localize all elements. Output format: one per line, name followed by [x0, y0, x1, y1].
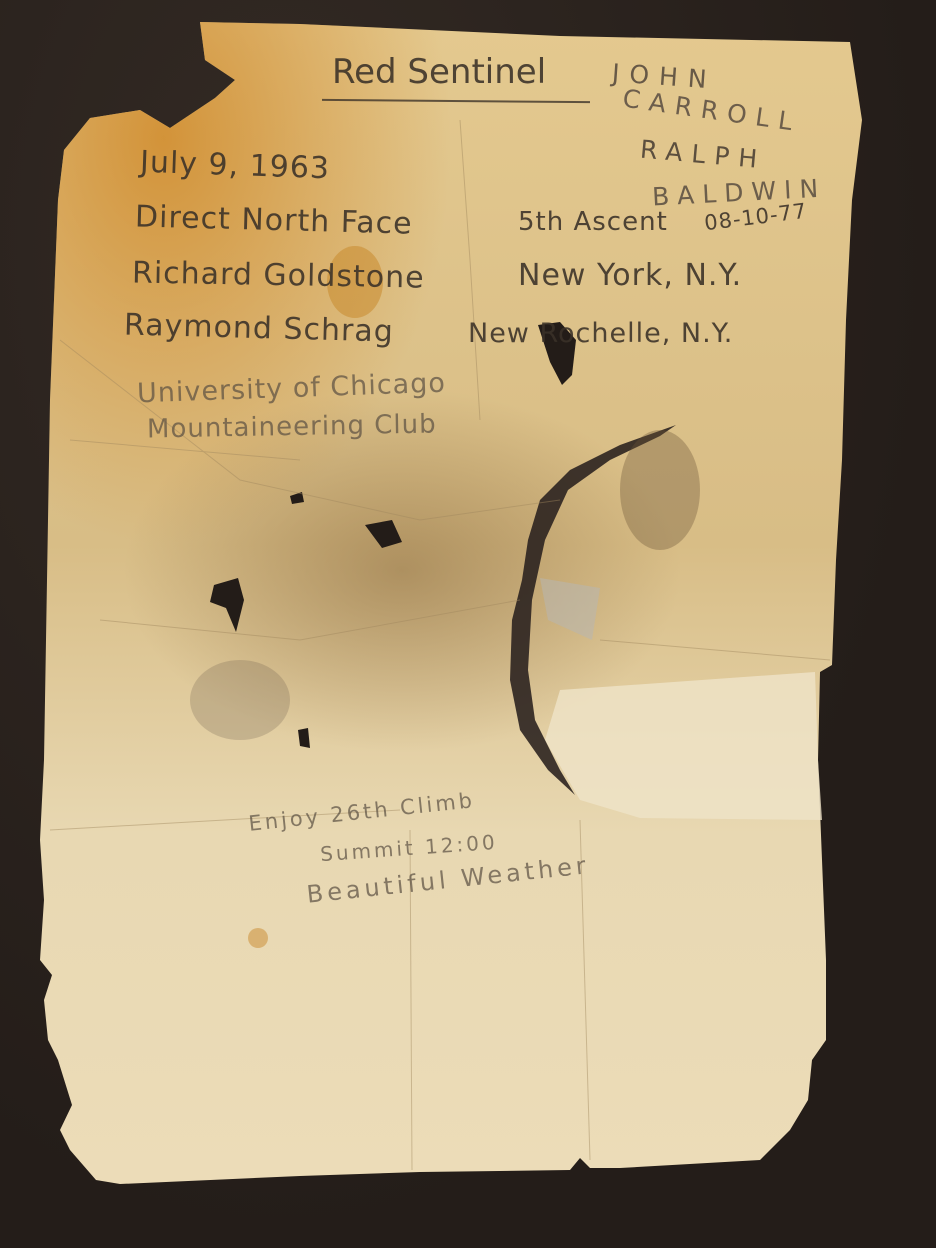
- note-title: Red Sentinel: [332, 52, 546, 92]
- register-note-paper: Red Sentinel JOHN CARROLL RALPH BALDWIN …: [0, 0, 936, 1248]
- photograph: Red Sentinel JOHN CARROLL RALPH BALDWIN …: [0, 0, 936, 1248]
- climber-1-name: Richard Goldstone: [132, 255, 425, 295]
- climber-2-location: New Rochelle, N.Y.: [468, 318, 733, 349]
- club-line-2: Mountaineering Club: [147, 409, 437, 444]
- ascent-number: 5th Ascent: [518, 207, 668, 237]
- route-name: Direct North Face: [135, 199, 413, 241]
- climber-2-name: Raymond Schrag: [124, 307, 395, 349]
- ascent-date: July 9, 1963: [139, 145, 330, 187]
- climber-1-location: New York, N.Y.: [518, 258, 742, 293]
